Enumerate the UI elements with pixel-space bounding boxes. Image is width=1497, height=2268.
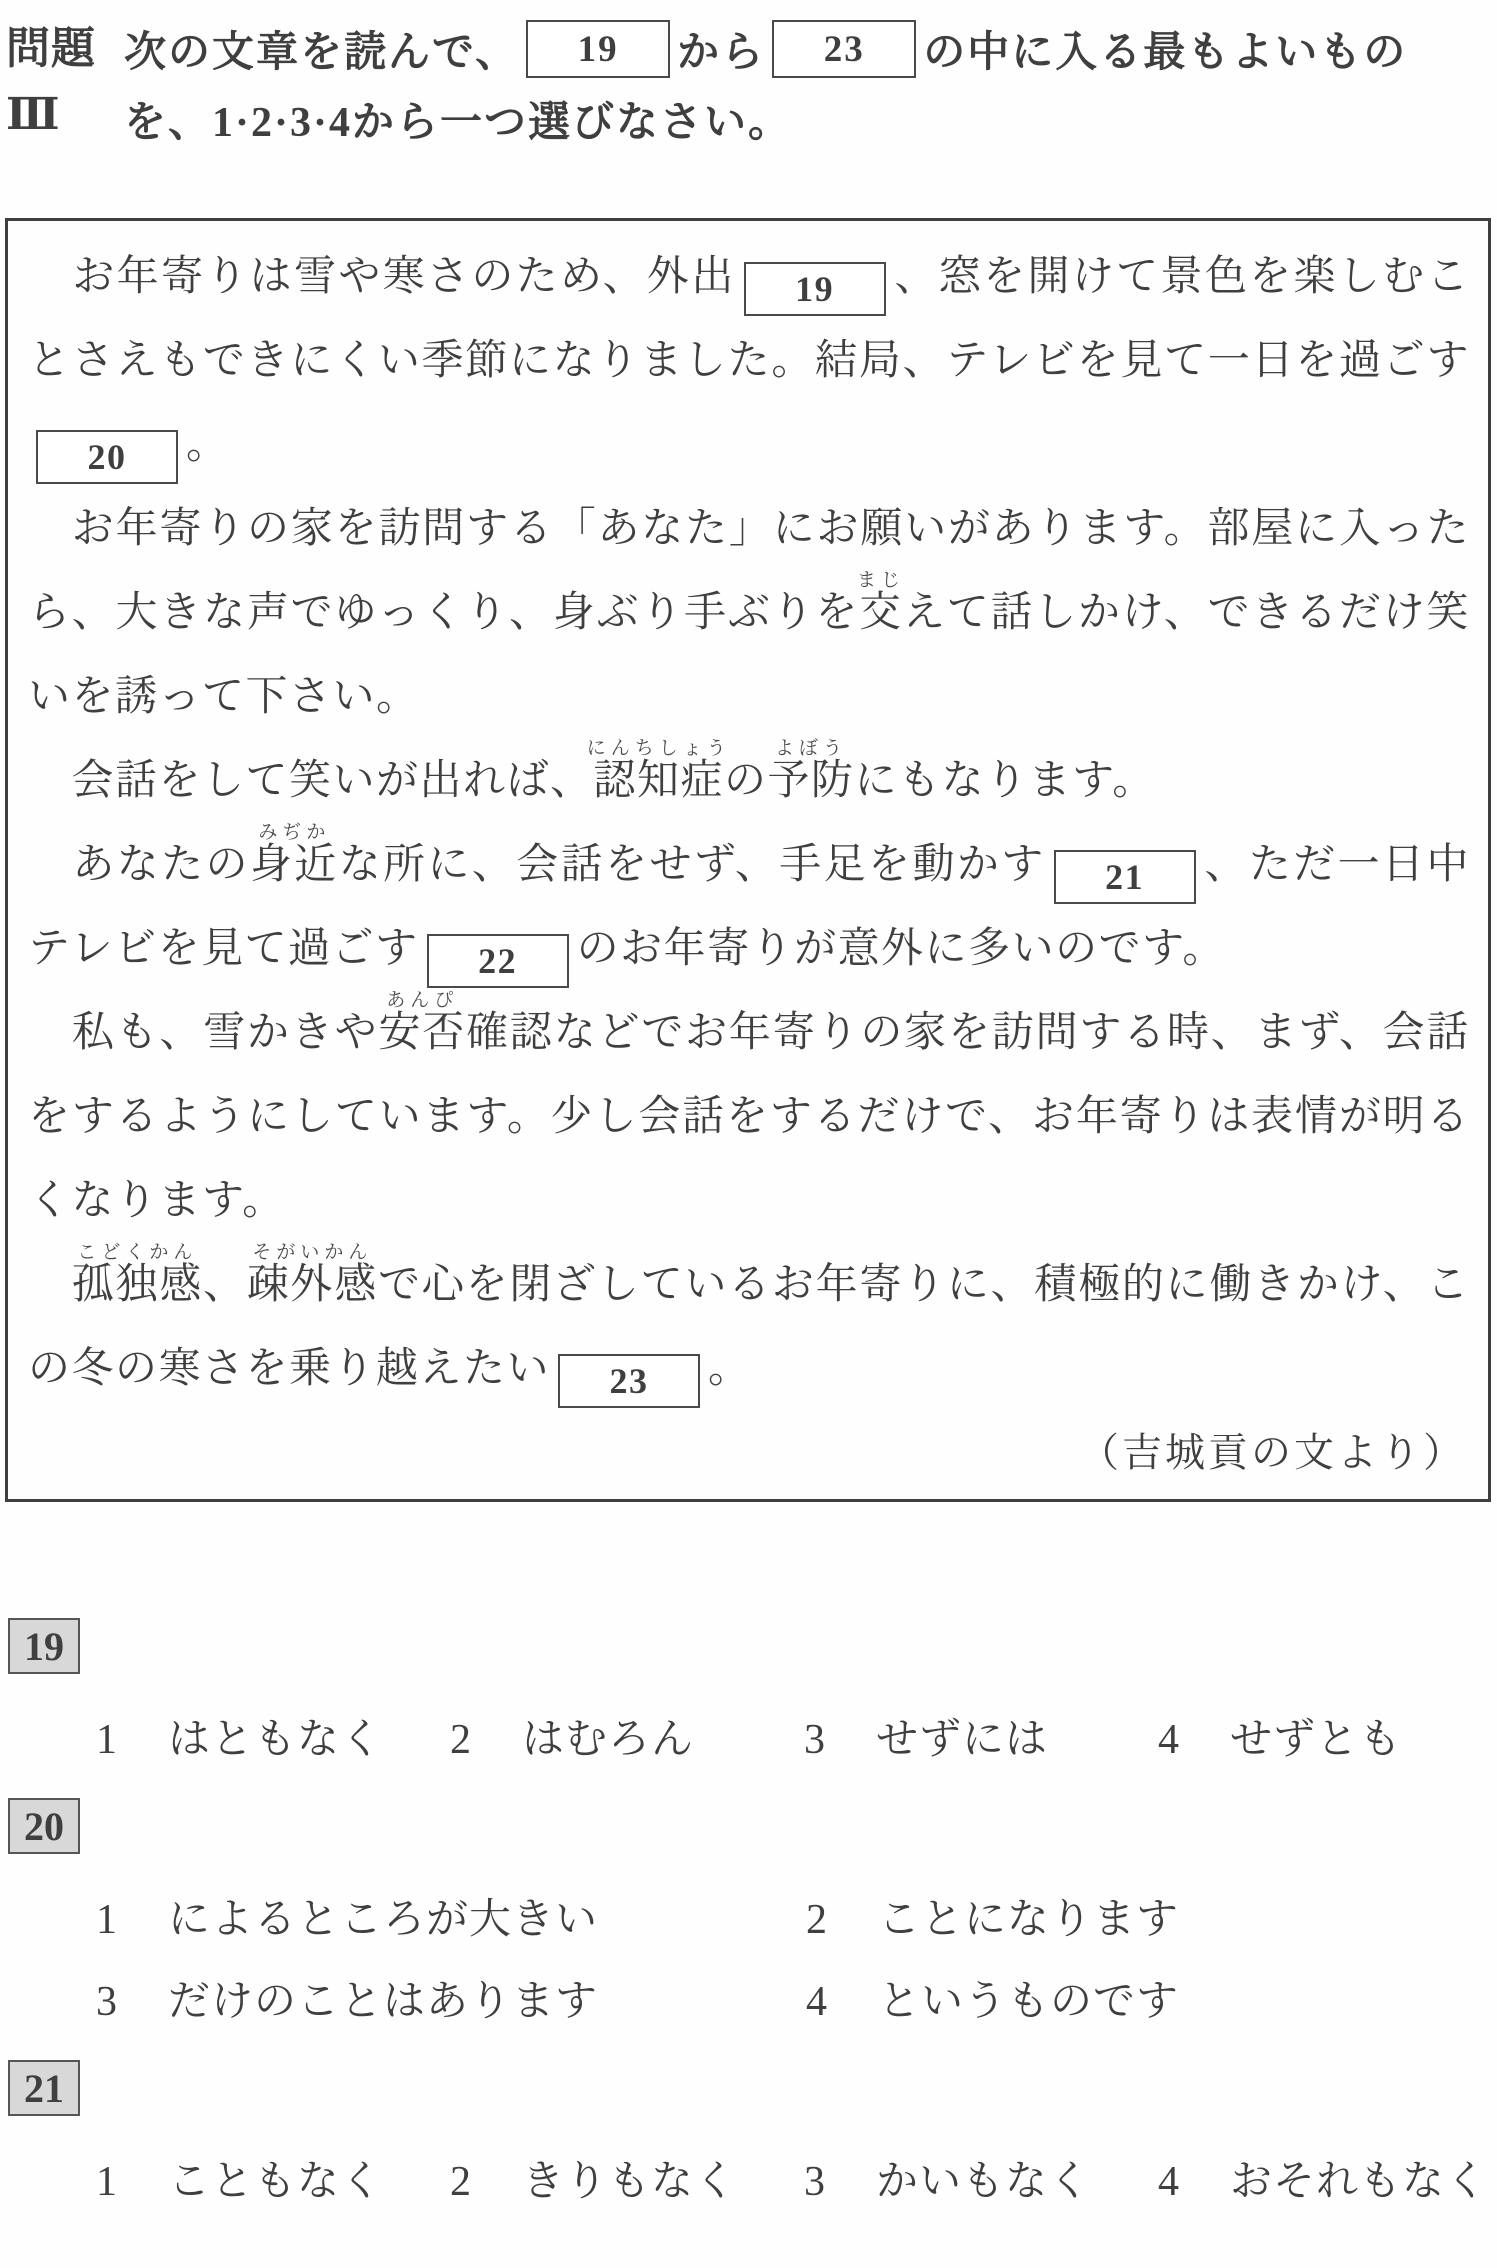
- inline-blank-box-23: 23: [558, 1354, 700, 1408]
- option-19-4: 4せずとも: [1158, 1716, 1497, 1764]
- option-21-4: 4おそれもなく: [1158, 2158, 1497, 2206]
- instruction-text-post: の中に入る最もよいもの: [923, 19, 1407, 79]
- option-label: だけのことはあります: [168, 1979, 598, 2025]
- ruby-base: 安否あんぴ: [378, 1010, 466, 1056]
- inline-blank-box-21: 21: [1054, 850, 1196, 904]
- option-20-1: 1によるところが大きい: [96, 1896, 806, 1944]
- option-number: 2: [450, 1716, 476, 1764]
- option-label: きりもなく: [522, 2159, 737, 2205]
- passage-text: 、: [203, 1262, 247, 1308]
- furigana: そがいかん: [252, 1243, 372, 1262]
- question-20: 201によるところが大きい2ことになります3だけのことはあります4というものです: [8, 1798, 1497, 2026]
- question-20-options: 1によるところが大きい2ことになります3だけのことはあります4というものです: [96, 1896, 1497, 2026]
- instruction-text-pre: 次の文章を読んで、: [124, 19, 519, 79]
- option-20-4: 4というものです: [806, 1978, 1497, 2026]
- option-20-3: 3だけのことはあります: [96, 1978, 806, 2026]
- option-number: 4: [1158, 1716, 1184, 1764]
- ruby-base: 疎外感そがいかん: [247, 1262, 378, 1308]
- option-21-3: 3かいもなく: [804, 2158, 1158, 2206]
- scanned-test-page: 問題Ⅲ 次の文章を読んで、 19 から 23 の中に入る最もよいもの を、1·2…: [0, 0, 1497, 2268]
- passage-paragraphs: お年寄りは雪や寒さのため、外出19、窓を開けて景色を楽しむことさえもできにくい季…: [28, 235, 1470, 1411]
- blank-ref-box-19: 19: [526, 20, 670, 78]
- ruby-base: 孤独感こどくかん: [72, 1262, 203, 1308]
- ruby-base: 予防よぼう: [768, 758, 855, 804]
- passage-text: 私も、雪かきや: [28, 1010, 378, 1056]
- passage-text: のお年寄りが意外に多いのです。: [577, 926, 1226, 972]
- passage-paragraph: 会話をして笑いが出れば、認知症にんちしょうの予防よぼうにもなります。: [28, 739, 1470, 823]
- question-number-badge-21: 21: [8, 2060, 80, 2116]
- option-label: おそれもなく: [1230, 2159, 1488, 2205]
- option-number: 4: [1158, 2158, 1184, 2206]
- question-number-badge-19: 19: [8, 1618, 80, 1674]
- furigana: にんちしょう: [587, 739, 731, 758]
- passage-text: 。: [186, 422, 230, 468]
- question-19-options: 1はともなく2はむろん3せずには4せずとも: [96, 1716, 1497, 1764]
- passage-text: あなたの: [28, 842, 250, 888]
- option-19-1: 1はともなく: [96, 1716, 450, 1764]
- instruction-line-1: 次の文章を読んで、 19 から 23 の中に入る最もよいもの: [124, 16, 1407, 82]
- option-19-3: 3せずには: [804, 1716, 1158, 1764]
- option-label: せずとも: [1230, 1717, 1402, 1763]
- furigana: こどくかん: [77, 1243, 197, 1262]
- passage-text: にもなります。: [855, 758, 1156, 804]
- option-label: というものです: [878, 1979, 1179, 2025]
- furigana: まじ: [857, 571, 905, 590]
- passage-paragraph: あなたの身近みぢかな所に、会話をせず、手足を動かす21、ただ一日中テレビを見て過…: [28, 823, 1470, 991]
- instruction: 次の文章を読んで、 19 から 23 の中に入る最もよいもの を、1·2·3·4…: [124, 16, 1407, 154]
- option-number: 1: [96, 2158, 122, 2206]
- passage-paragraph: お年寄りの家を訪問する「あなた」にお願いがあります。部屋に入ったら、大きな声でゆ…: [28, 487, 1470, 739]
- question-19: 191はともなく2はむろん3せずには4せずとも: [8, 1618, 1497, 1764]
- ruby-base: 交まじ: [859, 590, 903, 636]
- option-number: 1: [96, 1896, 122, 1944]
- passage-attribution: （吉城貢の文より）: [28, 1415, 1470, 1491]
- passage-text: の: [724, 758, 768, 804]
- option-label: はむろん: [522, 1717, 694, 1763]
- option-number: 4: [806, 1978, 832, 2026]
- inline-blank-box-19: 19: [744, 262, 886, 316]
- furigana: みぢか: [258, 823, 330, 842]
- passage-text: [28, 1262, 72, 1308]
- option-label: はともなく: [168, 1717, 383, 1763]
- question-number-badge-20: 20: [8, 1798, 80, 1854]
- question-21-options: 1こともなく2きりもなく3かいもなく4おそれもなく: [96, 2158, 1497, 2206]
- option-number: 3: [96, 1978, 122, 2026]
- passage-paragraph: 孤独感こどくかん、疎外感そがいかんで心を閉ざしているお年寄りに、積極的に働きかけ…: [28, 1243, 1470, 1411]
- option-label: によるところが大きい: [168, 1897, 598, 1943]
- blank-ref-box-23: 23: [772, 20, 916, 78]
- ruby-base: 認知症にんちしょう: [594, 758, 725, 804]
- option-21-2: 2きりもなく: [450, 2158, 804, 2206]
- passage-paragraph: お年寄りは雪や寒さのため、外出19、窓を開けて景色を楽しむことさえもできにくい季…: [28, 235, 1470, 487]
- option-number: 3: [804, 2158, 830, 2206]
- problem-header: 問題Ⅲ 次の文章を読んで、 19 から 23 の中に入る最もよいもの を、1·2…: [0, 0, 1497, 154]
- instruction-text-mid: から: [677, 19, 765, 79]
- inline-blank-box-20: 20: [36, 430, 178, 484]
- option-19-2: 2はむろん: [450, 1716, 804, 1764]
- option-number: 3: [804, 1716, 830, 1764]
- option-label: ことになります: [878, 1897, 1179, 1943]
- option-21-1: 1こともなく: [96, 2158, 450, 2206]
- option-number: 1: [96, 1716, 122, 1764]
- passage-paragraph: 私も、雪かきや安否あんぴ確認などでお年寄りの家を訪問する時、まず、会話をするよう…: [28, 991, 1470, 1243]
- passage-text: な所に、会話をせず、手足を動かす: [339, 842, 1046, 888]
- inline-blank-box-22: 22: [427, 934, 569, 988]
- passage-text: 会話をして笑いが出れば、: [28, 758, 594, 804]
- option-label: かいもなく: [876, 2159, 1091, 2205]
- question-21: 211こともなく2きりもなく3かいもなく4おそれもなく: [8, 2060, 1497, 2206]
- option-number: 2: [450, 2158, 476, 2206]
- questions-section: 191はともなく2はむろん3せずには4せずとも201によるところが大きい2ことに…: [0, 1618, 1497, 2206]
- furigana: よぼう: [775, 739, 847, 758]
- passage-text: 。: [708, 1346, 752, 1392]
- ruby-base: 身近みぢか: [250, 842, 339, 888]
- option-label: こともなく: [168, 2159, 383, 2205]
- option-number: 2: [806, 1896, 832, 1944]
- problem-label: 問題Ⅲ: [6, 16, 124, 148]
- reading-passage-box: お年寄りは雪や寒さのため、外出19、窓を開けて景色を楽しむことさえもできにくい季…: [5, 218, 1491, 1502]
- option-20-2: 2ことになります: [806, 1896, 1497, 1944]
- furigana: あんぴ: [386, 991, 458, 1010]
- option-label: せずには: [876, 1717, 1048, 1763]
- instruction-line-2: を、1·2·3·4から一つ選びなさい。: [124, 92, 1407, 154]
- passage-text: お年寄りは雪や寒さのため、外出: [28, 254, 736, 300]
